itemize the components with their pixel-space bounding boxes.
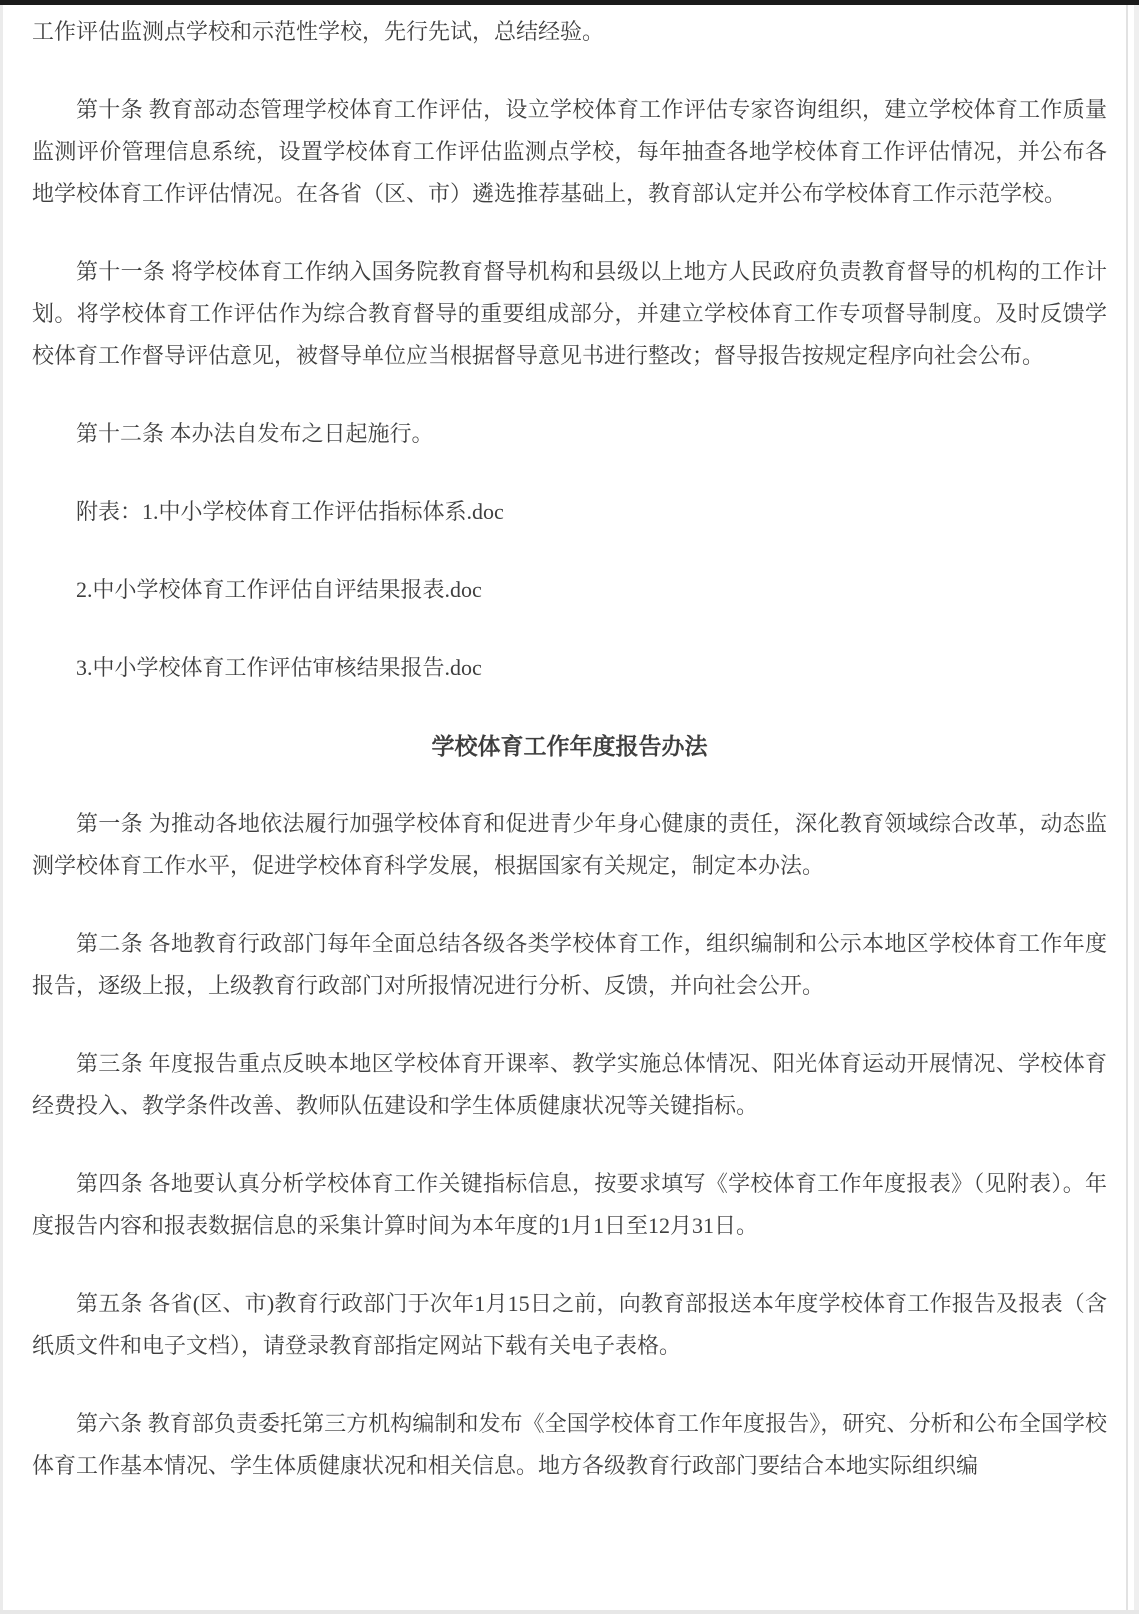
page-top-edge [0,0,1139,5]
article-4-paragraph: 第四条 各地要认真分析学校体育工作关键指标信息，按要求填写《学校体育工作年度报表… [32,1163,1107,1247]
document-page: { "theme": { "page_bg": "#ffffff", "text… [0,0,1139,1614]
article-6-paragraph: 第六条 教育部负责委托第三方机构编制和发布《全国学校体育工作年度报告》，研究、分… [32,1403,1107,1487]
page-right-edge-line [1126,0,1128,1614]
article-12-paragraph: 第十二条 本办法自发布之日起施行。 [32,413,1107,455]
continuation-paragraph: 工作评估监测点学校和示范性学校，先行先试，总结经验。 [32,11,1107,53]
page-right-margin [1134,0,1139,1614]
article-1-paragraph: 第一条 为推动各地依法履行加强学校体育和促进青少年身心健康的责任，深化教育领域综… [32,803,1107,887]
attachment-list-item-2: 2.中小学校体育工作评估自评结果报表.doc [32,569,1107,611]
page-bottom-edge [0,1610,1139,1614]
page-left-edge [0,0,3,1614]
article-11-paragraph: 第十一条 将学校体育工作纳入国务院教育督导机构和县级以上地方人民政府负责教育督导… [32,251,1107,377]
article-5-paragraph: 第五条 各省(区、市)教育行政部门于次年1月15日之前，向教育部报送本年度学校体… [32,1283,1107,1367]
article-2-paragraph: 第二条 各地教育行政部门每年全面总结各级各类学校体育工作，组织编制和公示本地区学… [32,923,1107,1007]
attachment-list-item-1: 附表：1.中小学校体育工作评估指标体系.doc [32,491,1107,533]
document-body: 工作评估监测点学校和示范性学校，先行先试，总结经验。 第十条 教育部动态管理学校… [0,0,1126,1523]
attachment-list-item-3: 3.中小学校体育工作评估审核结果报告.doc [32,647,1107,689]
article-3-paragraph: 第三条 年度报告重点反映本地区学校体育开课率、教学实施总体情况、阳光体育运动开展… [32,1043,1107,1127]
annual-report-measures-title: 学校体育工作年度报告办法 [32,725,1107,767]
article-10-paragraph: 第十条 教育部动态管理学校体育工作评估，设立学校体育工作评估专家咨询组织，建立学… [32,89,1107,215]
